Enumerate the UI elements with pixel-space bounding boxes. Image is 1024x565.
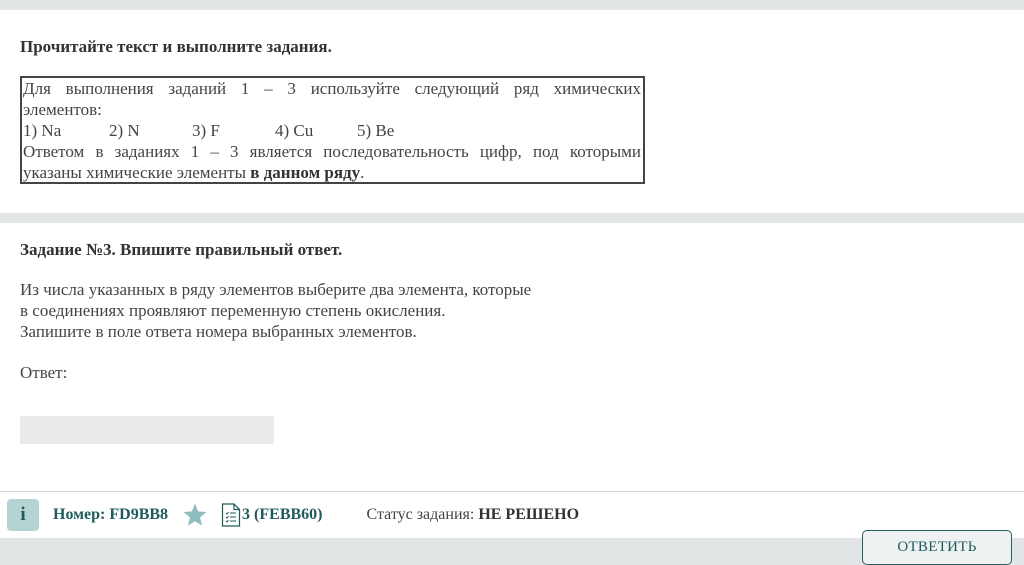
intro-section: Прочитайте текст и выполните задания. Дл… xyxy=(0,10,1024,213)
box-line-4: Ответом в заданиях 1 – 3 является послед… xyxy=(23,141,641,162)
document-list-icon[interactable] xyxy=(221,503,241,527)
box-line-1: Для выполнения заданий 1 – 3 используйте… xyxy=(23,78,641,99)
task-number: Номер: FD9BB8 xyxy=(53,506,168,524)
star-icon[interactable] xyxy=(182,502,208,528)
info-button[interactable]: i xyxy=(7,499,39,531)
variant-link[interactable]: 3 (FEBB60) xyxy=(242,506,322,524)
box-line-5: указаны химические элементы в данном ряд… xyxy=(23,162,641,183)
task-title: Задание №3. Впишите правильный ответ. xyxy=(20,240,342,260)
box-line-5-bold: в данном ряду xyxy=(250,163,360,182)
task-body-line: Запишите в поле ответа номера выбранных … xyxy=(20,321,531,342)
box-line-2: элементов: xyxy=(23,99,641,120)
element-item: 5) Be xyxy=(357,120,394,141)
task-body-line: Из числа указанных в ряду элементов выбе… xyxy=(20,279,531,300)
element-row-box: Для выполнения заданий 1 – 3 используйте… xyxy=(20,76,645,184)
element-item: 3) F xyxy=(192,120,275,141)
top-divider-band xyxy=(0,0,1024,10)
intro-title: Прочитайте текст и выполните задания. xyxy=(20,37,332,57)
task-body: Из числа указанных в ряду элементов выбе… xyxy=(20,279,531,342)
status-value: НЕ РЕШЕНО xyxy=(478,506,579,523)
task-section: Задание №3. Впишите правильный ответ. Из… xyxy=(0,223,1024,491)
box-line-5-suffix: . xyxy=(360,163,364,182)
element-item: 2) N xyxy=(109,120,192,141)
status-prefix: Статус задания: xyxy=(367,506,479,523)
task-body-line: в соединениях проявляют переменную степе… xyxy=(20,300,531,321)
answer-input[interactable] xyxy=(20,416,274,444)
middle-divider-band xyxy=(0,213,1024,223)
task-status: Статус задания: НЕ РЕШЕНО xyxy=(367,506,580,524)
answer-label: Ответ: xyxy=(20,363,67,383)
element-list: 1) Na2) N3) F4) Cu5) Be xyxy=(23,120,641,141)
element-item: 4) Cu xyxy=(275,120,357,141)
box-line-5-prefix: указаны химические элементы xyxy=(23,163,250,182)
submit-answer-button[interactable]: ОТВЕТИТЬ xyxy=(862,530,1012,565)
element-item: 1) Na xyxy=(23,120,109,141)
